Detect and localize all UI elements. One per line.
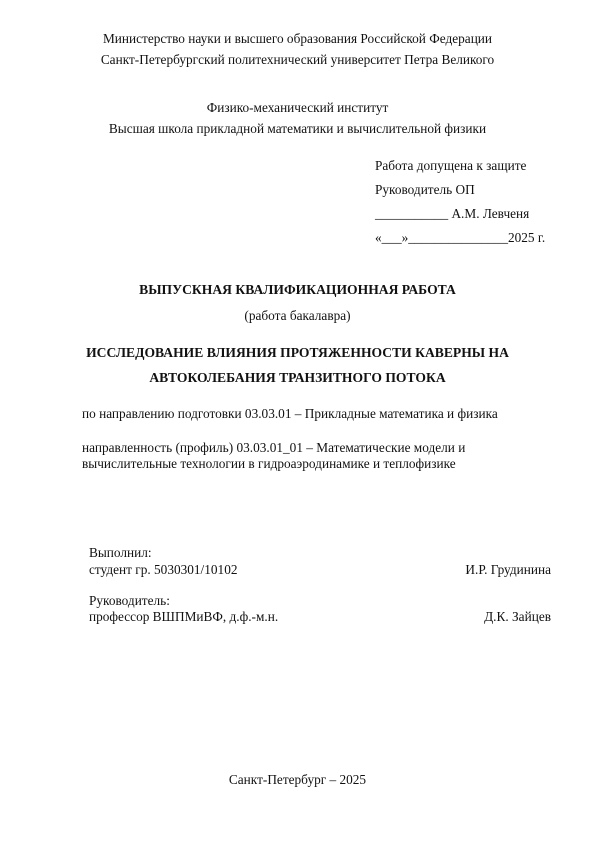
ministry-line: Министерство науки и высшего образования… [0,32,595,45]
author-role: студент гр. 5030301/10102 [89,563,238,576]
supervisor-label: Руководитель: [89,594,170,607]
profile-line-2: вычислительные технологии в гидроаэродин… [82,457,456,470]
supervisor-role: профессор ВШПМиВФ, д.ф.-м.н. [89,610,278,623]
approval-date: «___»_______________2025 г. [375,231,545,244]
topic-line-1: ИССЛЕДОВАНИЕ ВЛИЯНИЯ ПРОТЯЖЕННОСТИ КАВЕР… [0,346,595,360]
approval-head-label: Руководитель ОП [375,183,475,196]
city-year: Санкт-Петербург – 2025 [0,773,595,786]
approval-head-signature: ___________ А.М. Левченя [375,207,529,220]
work-type: ВЫПУСКНАЯ КВАЛИФИКАЦИОННАЯ РАБОТА [0,283,595,297]
university-line: Санкт-Петербургский политехнический унив… [0,53,595,66]
topic-line-2: АВТОКОЛЕБАНИЯ ТРАНЗИТНОГО ПОТОКА [0,371,595,385]
institute-line: Физико-механический институт [0,101,595,114]
supervisor-name: Д.К. Зайцев [484,610,551,623]
school-line: Высшая школа прикладной математики и выч… [0,122,595,135]
direction-line: по направлению подготовки 03.03.01 – При… [82,407,498,420]
author-name: И.Р. Грудинина [465,563,551,576]
approval-admitted: Работа допущена к защите [375,159,526,172]
profile-line-1: направленность (профиль) 03.03.01_01 – М… [82,441,465,454]
work-subtype: (работа бакалавра) [0,309,595,322]
author-label: Выполнил: [89,546,152,559]
